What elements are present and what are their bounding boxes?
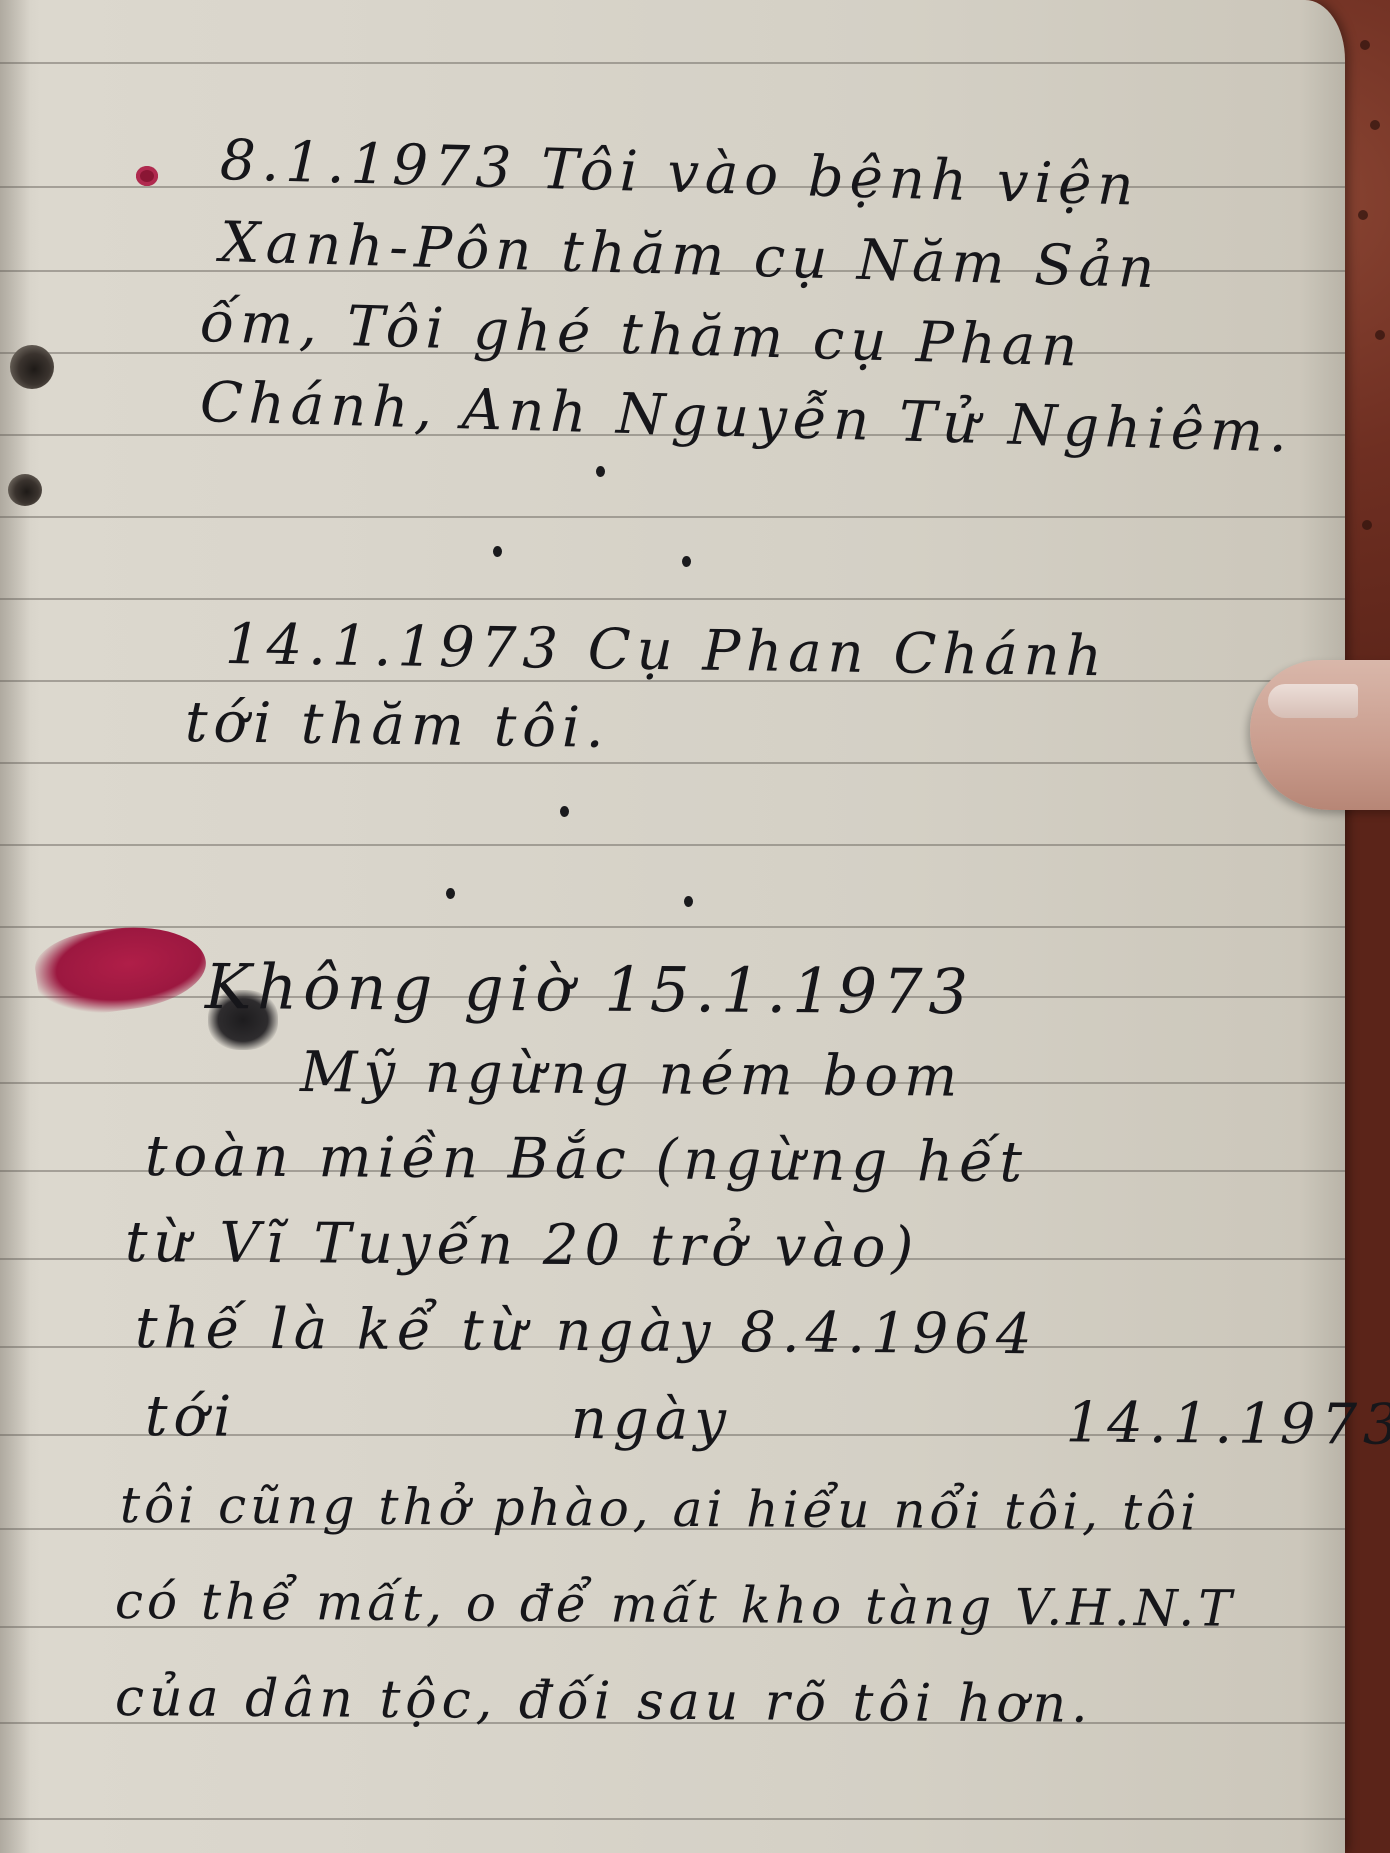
red-ink-smear [31,917,211,1022]
notebook-page: 8.1.1973 Tôi vào bệnh viện Xanh-Pôn thăm… [0,0,1345,1853]
punch-hole [10,345,54,389]
separator-dot [682,556,691,567]
separator-dot [560,806,569,817]
thumb-nail [1268,684,1358,718]
table-speck [1360,40,1370,50]
entry-1-line-1: 8.1.1973 Tôi vào bệnh viện [219,128,1140,219]
entry-3-line-9: của dân tộc, đối sau rõ tôi hơn. [115,1668,1093,1735]
entry-3-line-4: từ Vĩ Tuyến 20 trở vào) [125,1210,920,1281]
table-speck [1370,120,1380,130]
rule-line [0,598,1345,600]
entry-3-heading: Không giờ 15.1.1973 [205,950,974,1028]
rule-line [0,62,1345,64]
separator-dot [493,546,502,557]
red-bullet-marker [136,166,158,186]
entry-1-line-2: Xanh-Pôn thăm cụ Năm Sản [219,210,1161,301]
entry-3-line-6: tới ngày 14.1.1973 [145,1384,1390,1458]
separator-dot [684,896,693,907]
table-speck [1362,520,1372,530]
rule-line [0,844,1345,846]
punch-hole [8,474,42,506]
table-speck [1358,210,1368,220]
entry-3-line-5: thế là kể từ ngày 8.4.1964 [135,1296,1038,1367]
entry-2-line-2: tới thăm tôi. [185,690,611,761]
entry-3-line-3: toàn miền Bắc (ngừng hết [145,1124,1029,1195]
rule-line [0,926,1345,928]
entry-3-line-8: có thể mất, o để mất kho tàng V.H.N.T [115,1572,1236,1638]
rule-line [0,1818,1345,1820]
table-speck [1375,330,1385,340]
separator-dot [446,888,455,899]
entry-3-line-7: tôi cũng thở phào, ai hiểu nổi tôi, tôi [120,1476,1201,1542]
entry-2-line-1: 14.1.1973 Cụ Phan Chánh [225,612,1109,689]
separator-dot [596,466,605,477]
entry-1-line-3: ốm, Tôi ghé thăm cụ Phan [199,290,1084,380]
entry-1-line-4: Chánh, Anh Nguyễn Tử Nghiêm. [199,370,1294,466]
entry-3-line-2: Mỹ ngừng ném bom [300,1040,964,1110]
rule-line [0,762,1345,764]
rule-line [0,516,1345,518]
